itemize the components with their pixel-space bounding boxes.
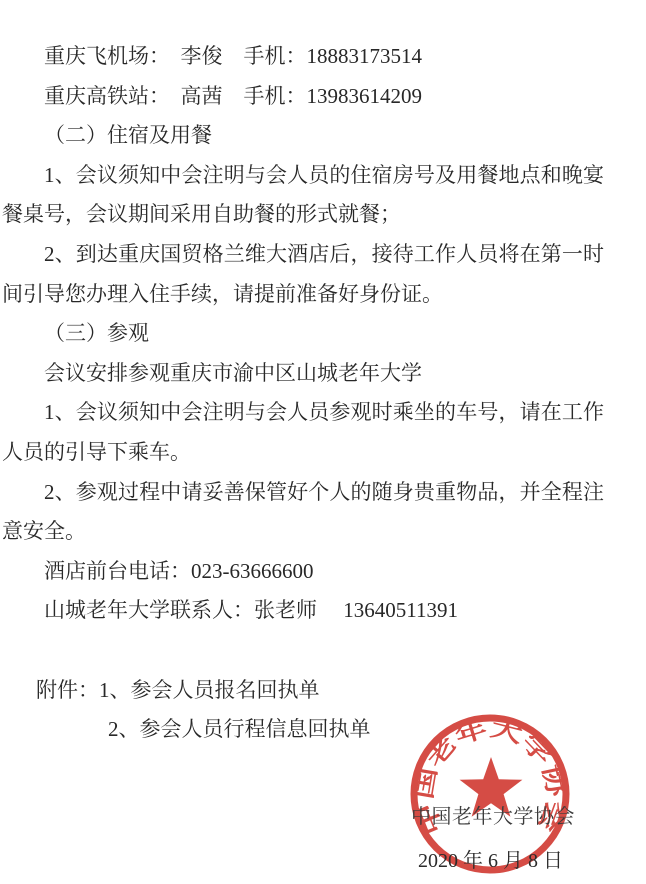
document-page: 重庆飞机场： 李俊 手机：18883173514 重庆高铁站： 高茜 手机：13… <box>0 0 646 884</box>
doc-line: 餐桌号，会议期间采用自助餐的形式就餐； <box>0 195 646 235</box>
doc-line: 意安全。 <box>0 512 646 552</box>
document-body: 重庆飞机场： 李俊 手机：18883173514 重庆高铁站： 高茜 手机：13… <box>0 0 646 750</box>
signature-date: 2020 年 6 月 8 日 <box>418 844 563 873</box>
doc-line-airport-contact: 重庆飞机场： 李俊 手机：18883173514 <box>0 37 646 77</box>
doc-line-railway-contact: 重庆高铁站： 高茜 手机：13983614209 <box>0 77 646 117</box>
doc-heading-lodging: （二）住宿及用餐 <box>0 116 646 156</box>
doc-line: 1、会议须知中会注明与会人员的住宿房号及用餐地点和晚宴 <box>0 156 604 196</box>
doc-heading-visit: （三）参观 <box>0 314 646 354</box>
doc-line: 2、参观过程中请妥善保管好个人的随身贵重物品，并全程注 <box>0 473 604 513</box>
doc-line: 间引导您办理入住手续，请提前准备好身份证。 <box>0 275 646 315</box>
signature-org: 中国老年大学协会 <box>411 800 575 829</box>
doc-line: 会议安排参观重庆市渝中区山城老年大学 <box>0 354 646 394</box>
doc-line-university-contact: 山城老年大学联系人：张老师 13640511391 <box>0 591 646 631</box>
doc-line: 1、会议须知中会注明与会人员参观时乘坐的车号，请在工作 <box>0 393 604 433</box>
doc-line-hotel-phone: 酒店前台电话：023-63666600 <box>0 552 646 592</box>
doc-line: 人员的引导下乘车。 <box>0 433 646 473</box>
doc-line: 2、到达重庆国贸格兰维大酒店后，接待工作人员将在第一时 <box>0 235 604 275</box>
